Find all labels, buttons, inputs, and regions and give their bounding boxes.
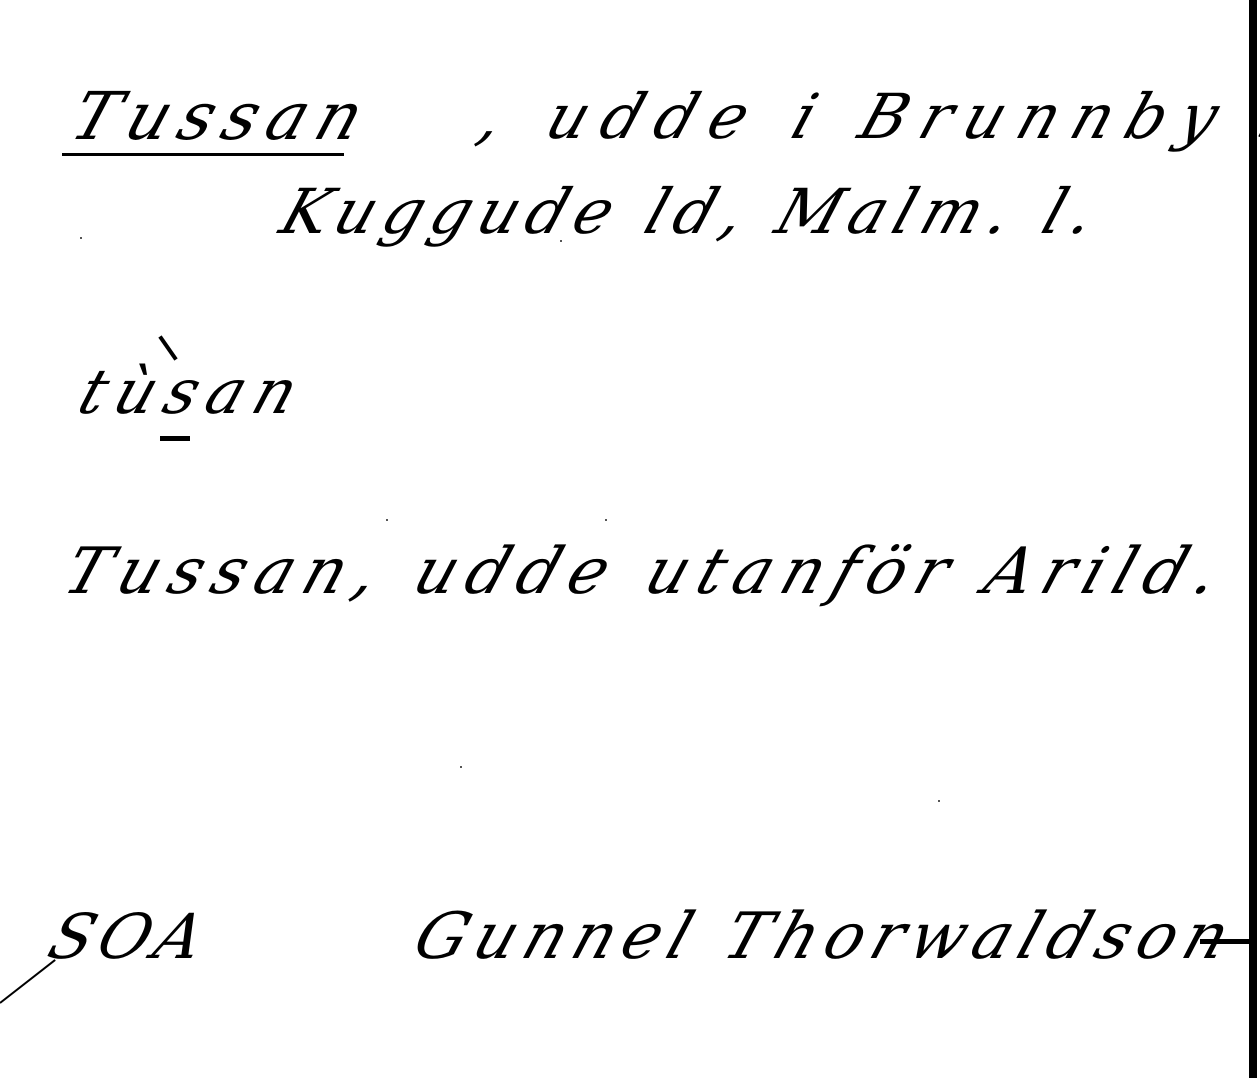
- scan-speck: [605, 519, 607, 521]
- length-mark: [160, 436, 190, 441]
- description-line: Tussan, udde utanför Arild.: [55, 535, 1239, 609]
- scan-speck: [386, 519, 388, 521]
- collector-signature: Gunnel Thorwaldson 1945.: [405, 900, 1260, 974]
- archive-initials: SOA: [40, 900, 220, 973]
- phonetic-transcription: tùsan: [70, 355, 317, 428]
- scan-speck: [938, 800, 940, 802]
- scan-speck: [460, 766, 462, 768]
- scan-speck: [80, 237, 82, 239]
- card-right-edge: [1249, 0, 1257, 1078]
- headword: Tussan: [62, 78, 383, 155]
- location-line-1: , udde i Brunnby sn,: [470, 80, 1260, 153]
- location-line-2: Kuggude ld, Malm. l.: [272, 175, 1113, 248]
- record-card: Tussan , udde i Brunnby sn, Kuggude ld, …: [0, 0, 1260, 1078]
- headword-underline: [62, 153, 344, 156]
- year-end-stroke: [1200, 939, 1252, 944]
- scan-speck: [560, 240, 562, 242]
